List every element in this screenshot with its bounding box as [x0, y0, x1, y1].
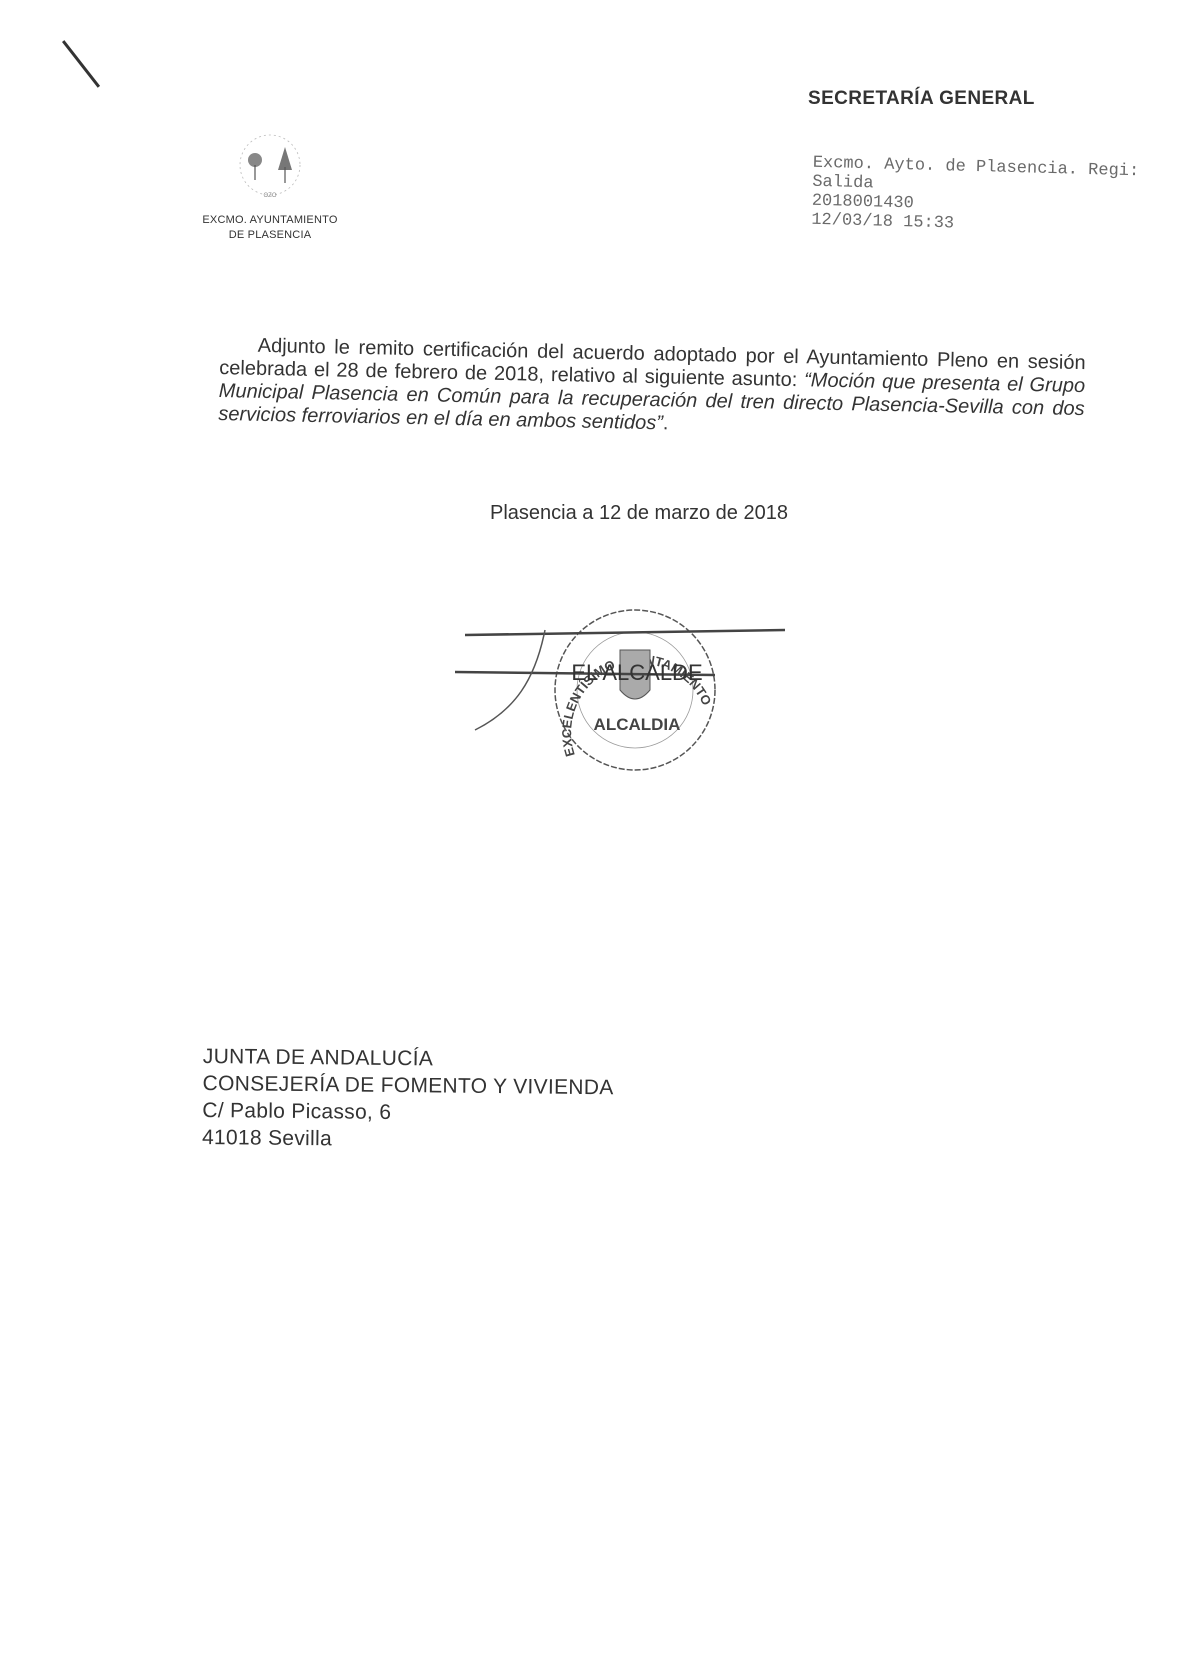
recipient-line-3: C/ Pablo Picasso, 6	[202, 1097, 613, 1128]
pen-mark	[62, 40, 100, 88]
department-heading: SECRETARÍA GENERAL	[808, 88, 1035, 110]
seal-signature-label: EL ALCALDE	[571, 660, 702, 685]
official-seal: EXCELENTÍSIMO AYUNTAMIENTO DE PLASENCIA …	[455, 590, 785, 790]
svg-text:OZO: OZO	[264, 193, 277, 199]
logo-line-2: DE PLASENCIA	[190, 228, 350, 243]
place-date: Plasencia a 12 de marzo de 2018	[490, 502, 788, 525]
recipient-line-2: CONSEJERÍA DE FOMENTO Y VIVIENDA	[202, 1070, 613, 1101]
recipient-line-4: 41018 Sevilla	[202, 1124, 613, 1155]
seal-center-text: ALCALDIA	[594, 715, 681, 734]
logo-line-1: EXCMO. AYUNTAMIENTO	[190, 213, 350, 228]
municipal-logo: OZO EXCMO. AYUNTAMIENTO DE PLASENCIA	[190, 125, 350, 243]
registry-stamp: Excmo. Ayto. de Plasencia. Regi:Salida20…	[811, 154, 1139, 239]
coat-of-arms-icon: OZO	[220, 125, 320, 200]
recipient-line-1: JUNTA DE ANDALUCÍA	[203, 1043, 614, 1074]
body-end: .	[663, 412, 669, 434]
recipient-address: JUNTA DE ANDALUCÍA CONSEJERÍA DE FOMENTO…	[202, 1043, 614, 1155]
body-paragraph: Adjunto le remito certificación del acue…	[218, 334, 1086, 444]
